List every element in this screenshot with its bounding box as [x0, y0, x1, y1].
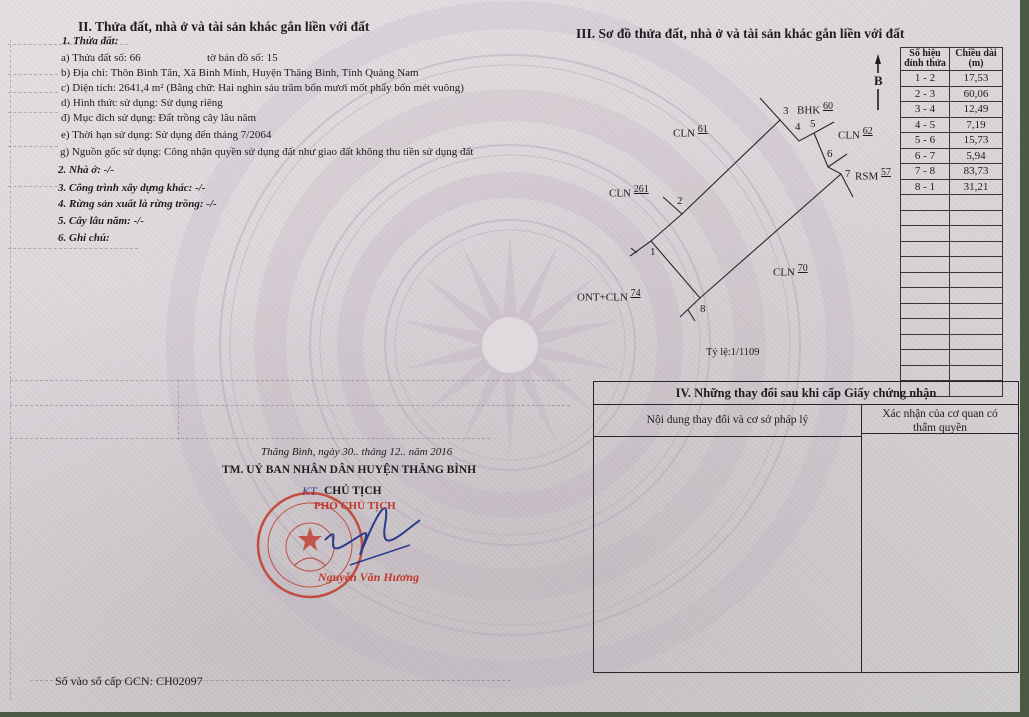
neighbor-parcel: 261 — [634, 184, 649, 195]
certificate-page: II. Thửa đất, nhà ở và tài sản khác gắn … — [0, 0, 1020, 712]
edge-vertices: 5 - 6 — [901, 133, 950, 149]
neighbor-type: ONT+CLN — [577, 292, 628, 304]
vertex-label: 7 — [845, 168, 851, 180]
vertex-label: 4 — [795, 121, 801, 133]
neighbor-type: RSM — [855, 171, 878, 183]
column-divider — [861, 405, 862, 672]
edge-length: 31,21 — [950, 179, 1003, 195]
neighbor-label: CLN 70 — [773, 263, 808, 279]
neighbor-label: CLN 261 — [609, 184, 649, 200]
table-row: 1 - 217,53 — [901, 71, 1003, 87]
edge-length — [950, 319, 1003, 335]
edge-length — [950, 303, 1003, 319]
table-row — [901, 319, 1003, 335]
edge-length — [950, 195, 1003, 211]
neighbor-label: CLN 62 — [838, 126, 873, 142]
table-row: 4 - 57,19 — [901, 117, 1003, 133]
vertex-label: 5 — [810, 118, 816, 130]
neighbor-parcel: 61 — [698, 124, 708, 135]
neighbor-parcel: 57 — [881, 167, 891, 178]
edge-vertices: 2 - 3 — [901, 86, 950, 102]
table-row — [901, 365, 1003, 381]
table-row — [901, 334, 1003, 350]
edge-vertices — [901, 195, 950, 211]
table-row — [901, 195, 1003, 211]
table-row: 2 - 360,06 — [901, 86, 1003, 102]
edge-length: 12,49 — [950, 102, 1003, 118]
vertex-label: 3 — [783, 105, 789, 117]
edge-vertices: 3 - 4 — [901, 102, 950, 118]
edge-vertices — [901, 365, 950, 381]
vertex-label: 6 — [827, 148, 833, 160]
edge-vertices — [901, 257, 950, 273]
edge-vertices — [901, 226, 950, 242]
neighbor-parcel: 70 — [798, 263, 808, 274]
neighbor-parcel: 60 — [823, 101, 833, 112]
edge-vertices — [901, 303, 950, 319]
edge-length: 17,53 — [950, 71, 1003, 87]
neighbor-type: CLN — [673, 128, 695, 140]
edge-length: 7,19 — [950, 117, 1003, 133]
edge-length: 60,06 — [950, 86, 1003, 102]
edge-vertices — [901, 319, 950, 335]
table-row — [901, 241, 1003, 257]
neighbor-parcel: 74 — [631, 288, 641, 299]
table-row: 7 - 883,73 — [901, 164, 1003, 180]
table-row: 5 - 615,73 — [901, 133, 1003, 149]
issuing-authority: TM. UỶ BAN NHÂN DÂN HUYỆN THĂNG BÌNH — [222, 464, 476, 476]
vertex-label: 2 — [677, 195, 683, 207]
edge-vertices: 1 - 2 — [901, 71, 950, 87]
table-row — [901, 350, 1003, 366]
table-row — [901, 288, 1003, 304]
north-label: B — [873, 73, 884, 89]
edge-length — [950, 241, 1003, 257]
map-scale: Tỷ lệ:1/1109 — [706, 347, 760, 358]
edge-vertices — [901, 288, 950, 304]
table-row — [901, 303, 1003, 319]
table-row — [901, 226, 1003, 242]
neighbor-label: BHK 60 — [797, 101, 833, 117]
neighbor-type: BHK — [797, 105, 820, 117]
changes-table: IV. Những thay đổi sau khi cấp Giấy chứn… — [593, 381, 1019, 673]
edge-length — [950, 365, 1003, 381]
edge-length: 83,73 — [950, 164, 1003, 180]
table-row — [901, 210, 1003, 226]
edge-length: 5,94 — [950, 148, 1003, 164]
table-row: 6 - 75,94 — [901, 148, 1003, 164]
column-change-content: Nội dung thay đổi và cơ sở pháp lý — [594, 405, 861, 437]
edge-vertices: 8 - 1 — [901, 179, 950, 195]
stamp-title: PHÓ CHỦ TỊCH — [314, 500, 396, 512]
edge-length — [950, 288, 1003, 304]
edge-vertices: 6 - 7 — [901, 148, 950, 164]
edge-length — [950, 334, 1003, 350]
table-header-row: Số hiệu đỉnh thửa Chiều dài (m) — [901, 48, 1003, 71]
edge-length — [950, 257, 1003, 273]
edge-length-table: Số hiệu đỉnh thửa Chiều dài (m) 1 - 217,… — [900, 47, 1003, 397]
signer-name: Nguyễn Văn Hương — [318, 570, 419, 585]
neighbor-label: RSM 57 — [855, 167, 891, 183]
vertex-label: 1 — [650, 246, 656, 258]
place-date: Thăng Bình, ngày 30.. tháng 12.. năm 201… — [261, 446, 452, 458]
neighbor-label: ONT+CLN 74 — [577, 288, 641, 304]
edge-length — [950, 272, 1003, 288]
header-length: Chiều dài (m) — [950, 48, 1003, 71]
edge-length — [950, 210, 1003, 226]
section-4-title: IV. Những thay đổi sau khi cấp Giấy chứn… — [594, 382, 1018, 405]
edge-vertices — [901, 272, 950, 288]
edge-vertices: 7 - 8 — [901, 164, 950, 180]
edge-length — [950, 226, 1003, 242]
edge-vertices — [901, 334, 950, 350]
table-row — [901, 257, 1003, 273]
registry-number: Số vào sổ cấp GCN: CH02097 — [55, 674, 203, 689]
vertex-label: 8 — [700, 303, 706, 315]
edge-vertices — [901, 241, 950, 257]
neighbor-type: CLN — [838, 130, 860, 142]
edge-length — [950, 350, 1003, 366]
edge-vertices: 4 - 5 — [901, 117, 950, 133]
column-authority-confirmation: Xác nhận của cơ quan có thẩm quyền — [862, 405, 1018, 434]
table-row: 8 - 131,21 — [901, 179, 1003, 195]
neighbor-type: CLN — [773, 267, 795, 279]
edge-vertices — [901, 210, 950, 226]
table-row: 3 - 412,49 — [901, 102, 1003, 118]
neighbor-label: CLN 61 — [673, 124, 708, 140]
edge-vertices — [901, 350, 950, 366]
edge-length: 15,73 — [950, 133, 1003, 149]
table-row — [901, 272, 1003, 288]
header-vertex-id: Số hiệu đỉnh thửa — [901, 48, 950, 71]
neighbor-type: CLN — [609, 188, 631, 200]
neighbor-parcel: 62 — [863, 126, 873, 137]
